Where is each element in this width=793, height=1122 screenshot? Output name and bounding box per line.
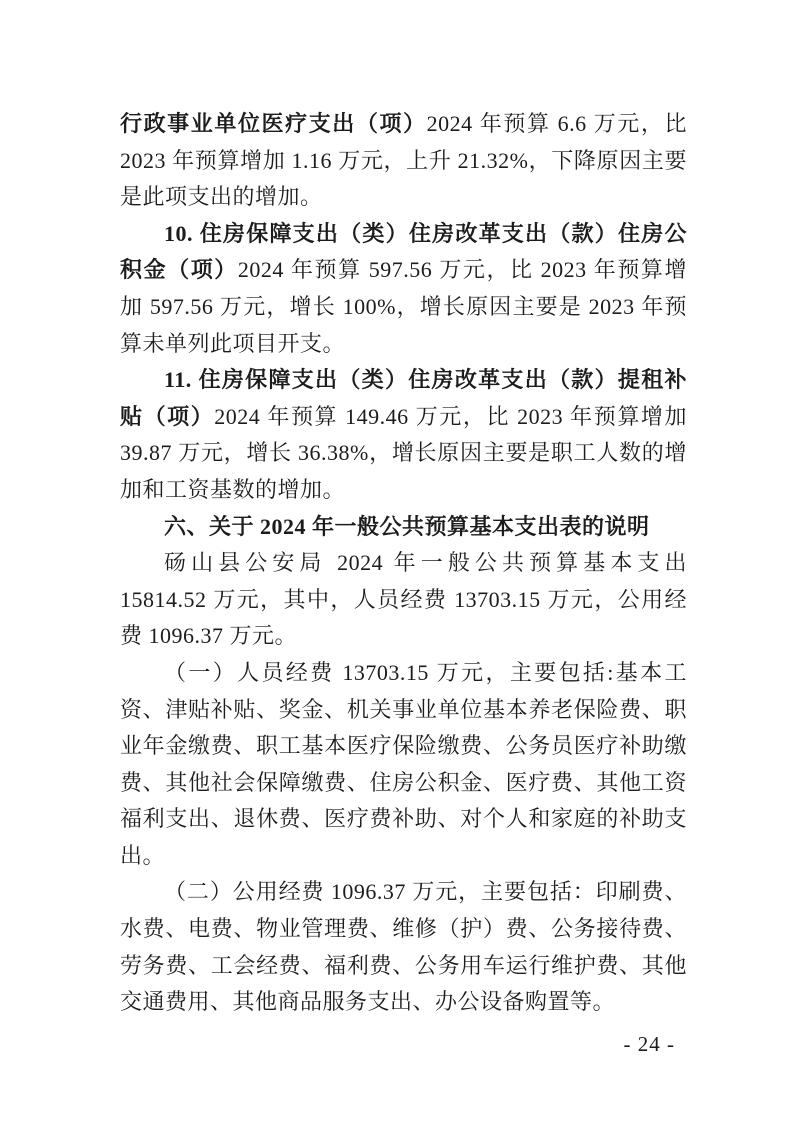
paragraph-item11-rent-subsidy: 11. 住房保障支出（类）住房改革支出（款）提租补贴（项）2024 年预算 14… bbox=[120, 362, 687, 508]
section6-heading: 六、关于 2024 年一般公共预算基本支出表的说明 bbox=[120, 509, 687, 546]
paragraph-basic-expenditure: 砀山县公安局 2024 年一般公共预算基本支出 15814.52 万元，其中，人… bbox=[120, 545, 687, 655]
paragraph-personnel-funds: （一）人员经费 13703.15 万元，主要包括:基本工资、津贴补贴、奖金、机关… bbox=[120, 655, 687, 875]
page-number: - 24 - bbox=[624, 1032, 676, 1057]
paragraph-medical-lead: 行政事业单位医疗支出（项） bbox=[120, 111, 427, 136]
paragraph-item10-housing-fund: 10. 住房保障支出（类）住房改革支出（款）住房公积金（项）2024 年预算 5… bbox=[120, 216, 687, 362]
document-body: 行政事业单位医疗支出（项）2024 年预算 6.6 万元，比 2023 年预算增… bbox=[120, 106, 687, 1021]
paragraph-medical-expenditure: 行政事业单位医疗支出（项）2024 年预算 6.6 万元，比 2023 年预算增… bbox=[120, 106, 687, 216]
paragraph-public-funds: （二）公用经费 1096.37 万元，主要包括：印刷费、水费、电费、物业管理费、… bbox=[120, 874, 687, 1020]
document-page: 行政事业单位医疗支出（项）2024 年预算 6.6 万元，比 2023 年预算增… bbox=[0, 0, 793, 1122]
